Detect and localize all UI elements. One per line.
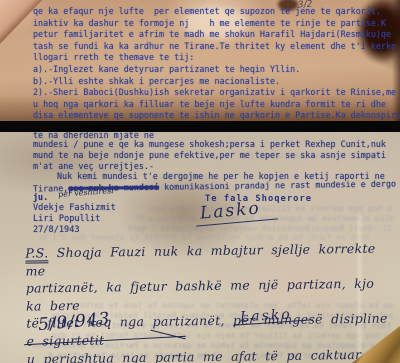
- typed-line: mundesi / pune e qe ka mungese shokesh;p…: [33, 139, 386, 151]
- ps-text: Shoqja Fauzi nuk ka mbajtur sjellje korr…: [25, 241, 375, 278]
- slogan-line: Vdekje Fashizmit: [33, 203, 116, 214]
- slogan-block: Vdekje FashizmitLiri Popullit27/8/1943: [33, 203, 116, 236]
- handwritten-line: P.S. Shoqja Fauzi nuk ka mbajtur sjellje…: [25, 239, 397, 279]
- photo-gap-band: [0, 121, 400, 132]
- handwritten-line: partizanët, ka fjetur bashkë me një part…: [26, 275, 398, 315]
- typed-paragraph-top: qe ka efaqur nje lufte per elementet qe …: [33, 6, 400, 122]
- typed-line: inaktiv ka dashur te formoje nj h me ele…: [33, 18, 400, 30]
- slogan-line: Liri Popullit: [33, 214, 116, 225]
- typed-line: ju.: [33, 192, 48, 204]
- typed-line: petur familjaritet e afrim te madh me sh…: [33, 29, 400, 41]
- bleed-through-text: 2).-Sheri Baboci(Dushku)ish sekretar org…: [128, 224, 392, 233]
- typed-line: llogari rreth te themave te tij:: [33, 52, 400, 64]
- typed-line: a).-Inglezet kane detyruar partizanet te…: [33, 64, 400, 76]
- postscript: P.S. Shoqja Fauzi nuk ka mbajtur sjellje…: [25, 239, 399, 363]
- document-photo: u hoq nga qarkori ka filluar te beje nje…: [0, 0, 400, 363]
- typed-line: u hoq nga qarkori ka filluar te beje nje…: [33, 99, 400, 111]
- ps-label: P.S.: [25, 245, 48, 263]
- typed-line: 2).-Sheri Baboci(Dushku)ish sekretar org…: [33, 87, 400, 99]
- typed-line: qe ka efaqur nje lufte per elementet qe …: [33, 6, 400, 18]
- typed-line: mund te na beje ndonje pune efektive,per…: [33, 150, 386, 162]
- slogan-line: 27/8/1943: [33, 225, 116, 236]
- bleed-through-text: u hoq nga qarkori ka filluar te beje nje…: [150, 204, 392, 213]
- typed-line: b).-Ylli eshte shkak i percarjes me naci…: [33, 76, 400, 88]
- tirane-post: komunikasioni prandaj ne rast mundesie e…: [159, 178, 396, 191]
- typed-line: tash se fundi ka ka ardhur ne Tirane.Te …: [33, 41, 400, 53]
